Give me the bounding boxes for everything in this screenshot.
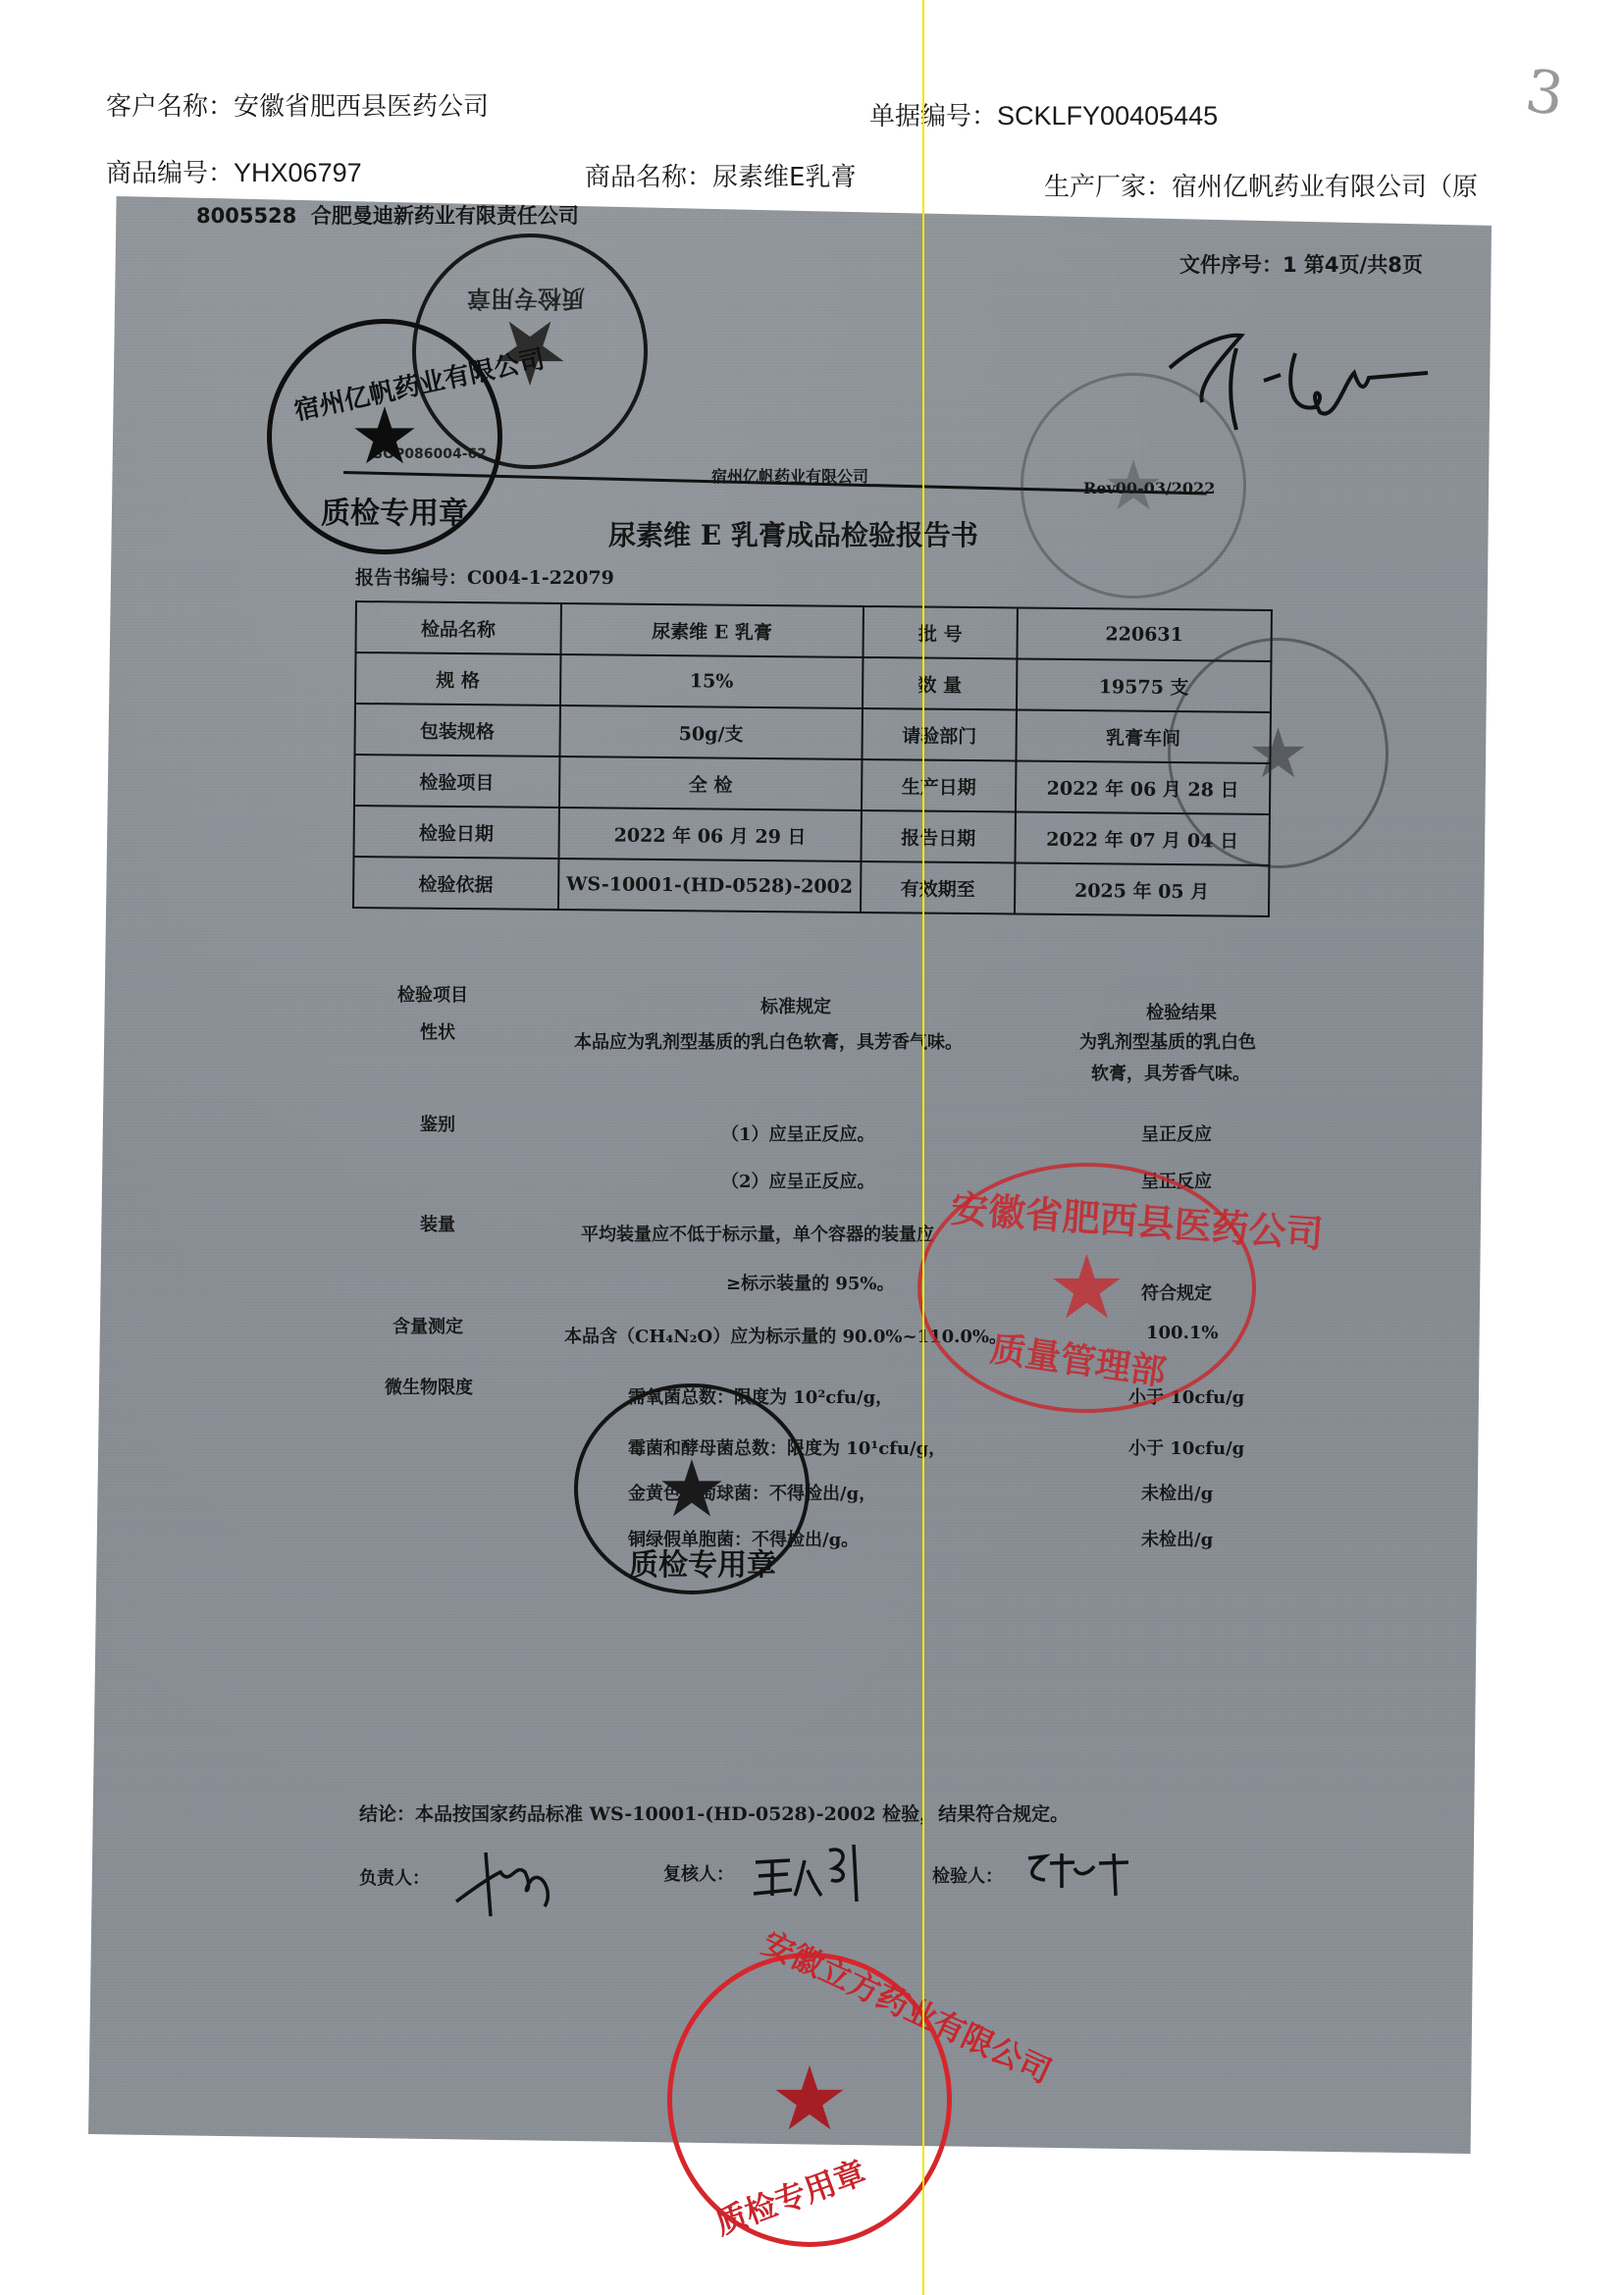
manufacturer: 生产厂家：宿州亿帆药业有限公司（原 xyxy=(1044,167,1478,203)
supplier-code: 8005528 xyxy=(196,204,296,228)
star-icon: ★ xyxy=(1103,451,1165,520)
customer-value: 安徽省肥西县医药公司 xyxy=(234,92,489,122)
result-value-line2: 软膏，具芳香气味。 xyxy=(1091,1060,1250,1085)
supplier-line: 8005528 合肥曼迪新药业有限责任公司 xyxy=(196,200,579,230)
spec-label-cell: 检验项目 xyxy=(354,755,559,808)
stamp-faint-top-right: ★ xyxy=(1021,373,1246,599)
spec-value-cell: 尿素维 E 乳膏 xyxy=(560,603,864,657)
spec-label-cell: 有效期至 xyxy=(861,861,1015,914)
result-standard: 平均装量应不低于标示量，单个容器的装量应 xyxy=(581,1221,934,1246)
report-number: 报告书编号：C004-1-22079 xyxy=(355,563,614,590)
stamp-lifang-qc: ★ 安徽立方药业有限公司 质检专用章 xyxy=(667,1953,952,2247)
spec-value-cell: 2025 年 05 月 xyxy=(1015,862,1270,915)
conclusion: 结论：本品按国家药品标准 WS-10001-(HD-0528)-2002 检验，… xyxy=(359,1799,1069,1826)
doc-no-value: SCKLFY00405445 xyxy=(997,101,1218,130)
customer-label: 客户名称： xyxy=(106,92,234,122)
product-code: 商品编号：YHX06797 xyxy=(106,153,362,189)
handwritten-page-mark: 3 xyxy=(1521,57,1568,130)
result-value: 未检出/g xyxy=(1141,1526,1213,1551)
result-item-label: 鉴别 xyxy=(420,1111,455,1136)
reviewer-label: 复核人： xyxy=(663,1860,734,1886)
star-icon: ★ xyxy=(656,1450,727,1529)
stamp-faint-table: ★ xyxy=(1168,638,1388,868)
spec-value-cell: WS-10001-(HD-0528)-2002 xyxy=(558,859,862,913)
stamp-middle-qc-bottom: 质检专用章 xyxy=(629,1540,776,1584)
company-line: 宿州亿帆药业有限公司 xyxy=(711,464,868,487)
star-icon: ★ xyxy=(1047,1244,1126,1332)
star-icon: ★ xyxy=(770,2056,850,2144)
stamp-feixi-qa: ★ 安徽省肥西县医药公司 质量管理部 xyxy=(917,1163,1256,1413)
spec-table-row: 包装规格50g/支请验部门乳膏车间 xyxy=(354,704,1270,763)
manufacturer-label: 生产厂家： xyxy=(1044,173,1172,202)
result-item-label: 含量测定 xyxy=(393,1313,463,1338)
doc-no-label: 单据编号： xyxy=(869,102,997,131)
result-standard-line2: ≥标示装量的 95%。 xyxy=(726,1270,895,1295)
spec-label-cell: 数 量 xyxy=(863,657,1017,710)
stamp-middle-qc: ★ 质检专用章 xyxy=(574,1383,810,1594)
result-item-label: 性状 xyxy=(420,1018,455,1044)
scan-artifact-line xyxy=(922,0,924,2295)
stamp-suzhou-qc: ★ 宿州亿帆药业有限公司 质检专用章 xyxy=(267,319,502,554)
stamp-feixi-qa-bottom: 质量管理部 xyxy=(987,1322,1169,1396)
spec-table-row: 检品名称尿素维 E 乳膏批 号220631 xyxy=(355,601,1271,661)
spec-table: 检品名称尿素维 E 乳膏批 号220631规 格15%数 量19575 支包装规… xyxy=(352,600,1273,917)
responsible-label: 负责人： xyxy=(359,1864,430,1890)
spec-value-cell: 15% xyxy=(559,654,863,708)
manufacturer-value: 宿州亿帆药业有限公司（原 xyxy=(1172,173,1478,202)
report-number-label: 报告书编号： xyxy=(355,567,467,589)
spec-table-row: 检验日期2022 年 06 月 29 日报告日期2022 年 07 月 04 日 xyxy=(353,806,1269,865)
product-code-value: YHX06797 xyxy=(234,158,362,187)
product-name-value: 尿素维E乳膏 xyxy=(712,163,856,192)
report-number-value: C004-1-22079 xyxy=(467,567,614,589)
spec-value-cell: 2022 年 06 月 29 日 xyxy=(558,808,862,861)
file-sequence: 文件序号：1 第4页/共8页 xyxy=(1179,249,1423,279)
inspector-label: 检验人： xyxy=(932,1862,1003,1888)
result-standard: 本品应为乳剂型基质的乳白色软膏，具芳香气味。 xyxy=(574,1028,963,1054)
spec-label-cell: 检品名称 xyxy=(355,601,560,654)
spec-value-cell: 全 检 xyxy=(558,756,862,810)
result-value: 小于 10cfu/g xyxy=(1128,1434,1244,1460)
spec-label-cell: 生产日期 xyxy=(862,759,1016,812)
stamp-suzhou-qc-bottom: 质检专用章 xyxy=(321,489,468,532)
supplier-name: 合肥曼迪新药业有限责任公司 xyxy=(311,204,579,228)
result-standard: （1）应呈正反应。 xyxy=(721,1121,875,1146)
result-item-label: 微生物限度 xyxy=(385,1374,473,1399)
product-name: 商品名称：尿素维E乳膏 xyxy=(585,157,856,193)
result-standard: （2）应呈正反应。 xyxy=(721,1168,875,1193)
spec-label-cell: 规 格 xyxy=(355,652,560,705)
spec-label-cell: 检验日期 xyxy=(353,806,558,859)
spec-label-cell: 请验部门 xyxy=(863,708,1017,761)
stamp-hefei-qc-bottom: 质检专用章 xyxy=(467,284,585,318)
spec-label-cell: 包装规格 xyxy=(354,704,559,756)
product-name-label: 商品名称： xyxy=(585,163,712,192)
spec-value-cell: 50g/支 xyxy=(559,705,863,759)
spec-table-row: 规 格15%数 量19575 支 xyxy=(355,652,1271,712)
spec-label-cell: 检验依据 xyxy=(353,857,558,910)
result-value: 未检出/g xyxy=(1141,1480,1213,1505)
responsible-signature xyxy=(446,1843,574,1921)
stamp-lifang-qc-bottom: 质检专用章 xyxy=(708,2148,871,2244)
customer-name: 客户名称：安徽省肥西县医药公司 xyxy=(106,86,489,123)
results-header-standard: 标准规定 xyxy=(760,993,831,1018)
result-item-label: 装量 xyxy=(420,1211,455,1236)
reviewer-signature xyxy=(751,1841,868,1909)
results-header-result: 检验结果 xyxy=(1146,999,1217,1024)
star-icon: ★ xyxy=(1247,719,1309,788)
spec-table-row: 检验依据WS-10001-(HD-0528)-2002有效期至2025 年 05… xyxy=(353,857,1269,916)
inspector-signature xyxy=(1021,1849,1148,1907)
result-value: 为乳剂型基质的乳白色 xyxy=(1079,1028,1256,1054)
result-value: 呈正反应 xyxy=(1141,1121,1212,1146)
spec-label-cell: 批 号 xyxy=(864,606,1018,659)
product-code-label: 商品编号： xyxy=(106,159,234,188)
spec-label-cell: 报告日期 xyxy=(862,810,1016,863)
results-header-item: 检验项目 xyxy=(397,981,468,1007)
spec-table-row: 检验项目全 检生产日期2022 年 06 月 28 日 xyxy=(354,755,1270,814)
